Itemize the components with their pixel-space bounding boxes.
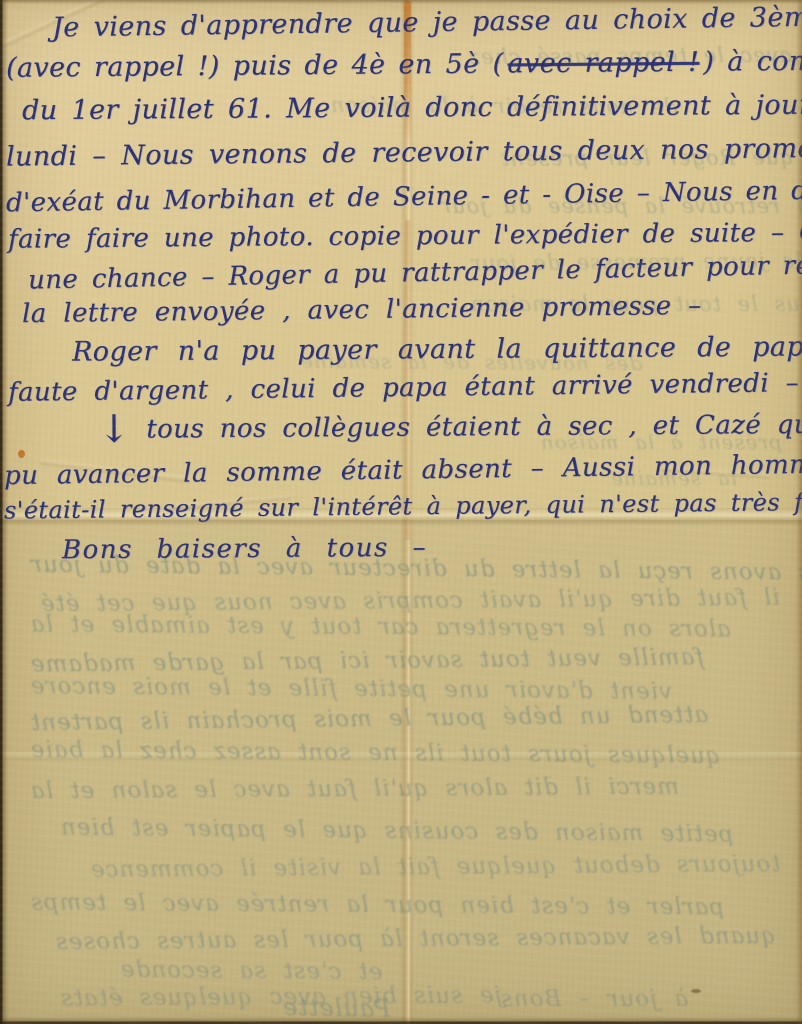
handwritten-line: Je viens d'apprendre que je passe au cho… <box>52 0 802 43</box>
showthrough-line: je suis bien avec quelques états <box>60 982 502 1011</box>
showthrough-line: merci il dit alors qu'il faut avec le sa… <box>30 774 679 805</box>
ink-speck <box>691 989 701 993</box>
showthrough-line: parler et c'est bien pour la rentrée ave… <box>30 890 724 921</box>
handwritten-line: du 1er juillet 61. Me voilà donc définit… <box>22 89 802 126</box>
handwritten-line: une chance – Roger a pu rattrapper le fa… <box>28 248 802 295</box>
letter-page: avec le temps passé chez de nous revoir … <box>0 0 802 1024</box>
showthrough-line: vient d'avoir une petite fille et le moi… <box>30 673 672 705</box>
page-edge-shadow-bottom <box>0 1017 802 1024</box>
handwritten-line: Bons baisers à tous – <box>62 533 427 566</box>
handwritten-line: ↓tous nos collègues étaient à sec , et C… <box>98 409 802 445</box>
page-edge-shadow-top <box>0 0 802 4</box>
handwritten-line: faute d'argent , celui de papa étant arr… <box>8 368 799 408</box>
handwritten-line: Roger n'a pu payer avant la quittance de… <box>72 331 802 367</box>
page-edge-shadow-right <box>796 0 802 1024</box>
down-arrow-mark: ↓ <box>98 424 130 434</box>
handwritten-line: (avec rappel !) puis de 4è en 5è (avec r… <box>6 45 802 84</box>
orange-stain <box>18 450 25 458</box>
line-text: ) à compter <box>703 45 802 77</box>
showthrough-line: alors on le regrettera car tout y est ai… <box>30 612 731 643</box>
line-text: tous nos collègues étaient à sec , et Ca… <box>146 409 802 444</box>
crossed-out-text: avec rappel ! <box>507 47 699 80</box>
line-text: (avec rappel !) puis de 4è en 5è ( <box>6 48 504 83</box>
showthrough-line: à jour – Bons <box>500 986 688 1012</box>
handwritten-line: la lettre envoyée , avec l'ancienne prom… <box>22 291 702 329</box>
showthrough-line: et c'est sa seconde <box>120 957 383 985</box>
page-edge-shadow-left <box>0 0 8 1024</box>
